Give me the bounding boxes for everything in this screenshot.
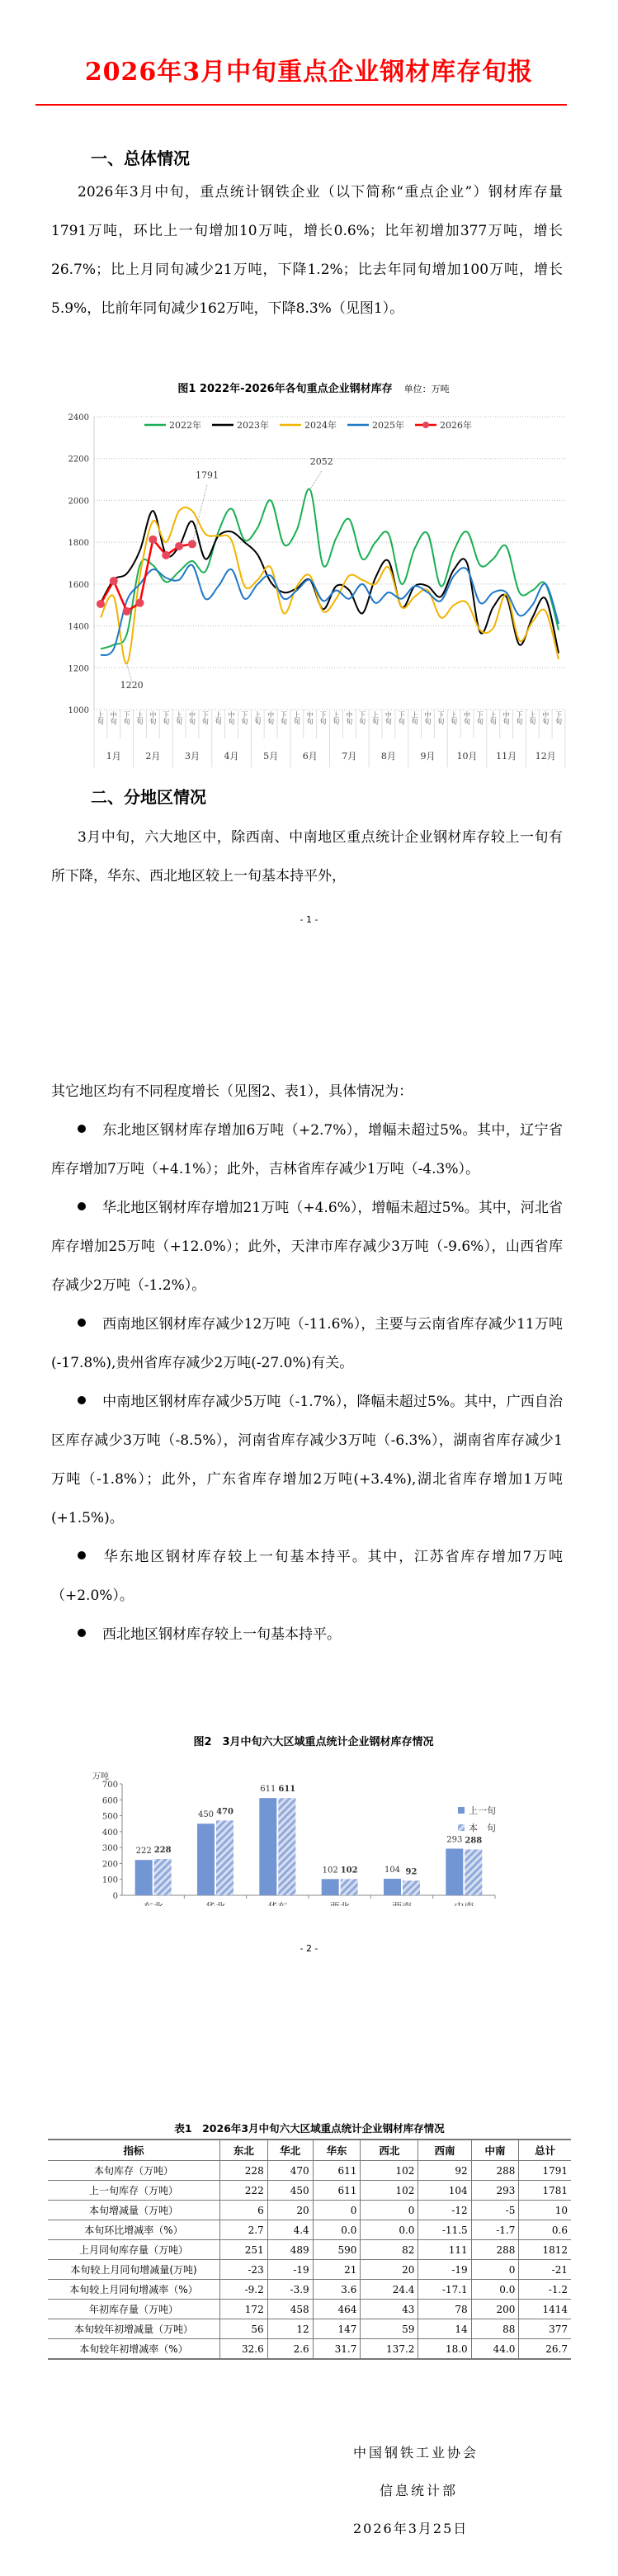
- table-cell: -1.7: [471, 2220, 519, 2240]
- svg-text:10月: 10月: [457, 751, 478, 762]
- svg-text:1791: 1791: [196, 469, 219, 480]
- svg-text:7月: 7月: [342, 751, 356, 762]
- svg-text:450: 450: [198, 1810, 214, 1819]
- svg-text:611: 611: [278, 1785, 295, 1794]
- svg-text:8月: 8月: [381, 751, 396, 762]
- table-header-cell: 指标: [48, 2140, 220, 2161]
- svg-text:上旬: 上旬: [529, 710, 536, 724]
- bullet-icon: [78, 1629, 86, 1637]
- table-cell: -1.2: [519, 2280, 571, 2300]
- svg-text:293: 293: [446, 1835, 462, 1844]
- table-cell: 0: [471, 2260, 519, 2280]
- table-header-cell: 西北: [361, 2140, 418, 2161]
- table-row: 本旬较年初增减量（万吨）5612147591488377: [48, 2319, 571, 2339]
- svg-text:下旬: 下旬: [555, 711, 563, 724]
- table-cell: 288: [471, 2240, 519, 2260]
- svg-text:上旬: 上旬: [451, 710, 458, 724]
- table1-container: 表1 2026年3月中旬六大区域重点统计企业钢材库存情况 指标东北华北华东西北西…: [48, 2121, 571, 2360]
- table-cell: 489: [267, 2240, 313, 2260]
- svg-text:下旬: 下旬: [476, 711, 484, 724]
- svg-text:1000: 1000: [68, 706, 89, 715]
- table-row: 本旬环比增减率（%）2.74.40.00.0-11.5-1.70.6: [48, 2220, 571, 2240]
- svg-text:2026年: 2026年: [440, 419, 472, 431]
- svg-text:华北: 华北: [205, 1900, 225, 1906]
- table-cell: 20: [361, 2260, 418, 2280]
- table-cell: 611: [313, 2161, 361, 2181]
- svg-text:上旬: 上旬: [136, 710, 144, 724]
- svg-text:1400: 1400: [68, 623, 89, 632]
- svg-text:2025年: 2025年: [372, 419, 404, 431]
- svg-text:1200: 1200: [68, 664, 89, 673]
- table-cell: 0.0: [361, 2220, 418, 2240]
- svg-text:中旬: 中旬: [188, 710, 196, 724]
- table-cell: 78: [418, 2300, 471, 2319]
- table-header-cell: 华东: [313, 2140, 361, 2161]
- svg-text:下旬: 下旬: [241, 711, 248, 724]
- table-cell: 293: [471, 2181, 519, 2201]
- svg-text:400: 400: [102, 1828, 118, 1838]
- svg-text:西南: 西南: [392, 1900, 412, 1906]
- svg-text:东北: 东北: [144, 1901, 163, 1906]
- svg-text:下旬: 下旬: [398, 711, 405, 724]
- signature-org: 中国钢铁工业协会: [353, 2442, 479, 2461]
- svg-text:0: 0: [113, 1892, 118, 1901]
- svg-text:下旬: 下旬: [123, 711, 130, 724]
- table-cell: 12: [267, 2319, 313, 2339]
- svg-text:西北: 西北: [330, 1901, 350, 1906]
- svg-text:2022年: 2022年: [169, 419, 201, 431]
- svg-text:中旬: 中旬: [267, 710, 275, 724]
- svg-text:1800: 1800: [68, 539, 89, 548]
- section2-body: 其它地区均有不同程度增长（见图2、表1），具体情况为： 东北地区钢材库存增加6万…: [51, 1073, 563, 1654]
- table-cell: 82: [361, 2240, 418, 2260]
- svg-text:上旬: 上旬: [176, 710, 183, 724]
- svg-text:华东: 华东: [267, 1900, 287, 1906]
- table-cell: 590: [313, 2240, 361, 2260]
- table-cell: 611: [313, 2181, 361, 2201]
- table-cell: 1791: [519, 2161, 571, 2181]
- table-row: 本旬较年初增减率（%）32.62.631.7137.218.044.026.7: [48, 2339, 571, 2360]
- svg-text:中旬: 中旬: [542, 710, 550, 724]
- section1-paragraph: 2026年3月中旬，重点统计钢铁企业（以下简称“重点企业”）钢材库存量1791万…: [51, 173, 563, 328]
- table-cell: -9.2: [220, 2280, 268, 2300]
- bar-chart: 万吨0100200300400500600700东北222228华北450470…: [83, 1733, 545, 1906]
- document-title: 2026年3月中旬重点企业钢材库存旬报: [0, 51, 618, 87]
- line-chart: 10001200140016001800200022002400上旬中旬下旬上旬…: [50, 380, 578, 767]
- table-cell: 450: [267, 2181, 313, 2201]
- table-cell: 59: [361, 2319, 418, 2339]
- svg-text:下旬: 下旬: [280, 711, 287, 724]
- svg-text:上旬: 上旬: [333, 710, 340, 724]
- svg-text:中旬: 中旬: [424, 710, 432, 724]
- svg-text:6月: 6月: [303, 751, 318, 762]
- section1-heading: 一、总体情况: [91, 145, 190, 169]
- table-row: 上一旬库存（万吨）2224506111021042931781: [48, 2181, 571, 2201]
- row-label: 本旬较年初增减量（万吨）: [48, 2319, 220, 2339]
- table-cell: 4.4: [267, 2220, 313, 2240]
- svg-text:4月: 4月: [224, 751, 239, 762]
- svg-text:2400: 2400: [68, 413, 89, 422]
- svg-text:中南: 中南: [454, 1900, 474, 1906]
- table-header-cell: 西南: [418, 2140, 471, 2161]
- table-cell: -11.5: [418, 2220, 471, 2240]
- table-cell: 102: [361, 2181, 418, 2201]
- table-cell: 0.0: [471, 2280, 519, 2300]
- table-cell: 18.0: [418, 2339, 471, 2360]
- table-cell: 43: [361, 2300, 418, 2319]
- table-header-cell: 中南: [471, 2140, 519, 2161]
- figure1: 图1 2022年-2026年各旬重点企业钢材库存单位：万吨 1000120014…: [50, 380, 578, 767]
- svg-text:228: 228: [154, 1846, 172, 1855]
- svg-text:222: 222: [136, 1847, 152, 1856]
- table-cell: 458: [267, 2300, 313, 2319]
- table1-title: 表1 2026年3月中旬六大区域重点统计企业钢材库存情况: [48, 2121, 571, 2135]
- table-cell: 470: [267, 2161, 313, 2181]
- table-cell: 31.7: [313, 2339, 361, 2360]
- table-cell: 32.6: [220, 2339, 268, 2360]
- svg-text:200: 200: [102, 1860, 118, 1869]
- svg-text:611: 611: [260, 1785, 276, 1794]
- svg-text:2月: 2月: [145, 751, 160, 762]
- bullet-central-south: 中南地区钢材库存减少5万吨（-1.7%），降幅未超过5%。其中，广西自治区库存减…: [51, 1383, 563, 1538]
- table-cell: 104: [418, 2181, 471, 2201]
- svg-text:1220: 1220: [120, 680, 144, 691]
- table-cell: 464: [313, 2300, 361, 2319]
- table-row: 本旬库存（万吨）228470611102922881791: [48, 2161, 571, 2181]
- table-cell: -21: [519, 2260, 571, 2280]
- svg-text:5月: 5月: [263, 751, 278, 762]
- table-cell: -23: [220, 2260, 268, 2280]
- table-cell: 251: [220, 2240, 268, 2260]
- section2-heading: 二、分地区情况: [91, 784, 206, 808]
- overview-text: 2026年3月中旬，重点统计钢铁企业（以下简称“重点企业”）钢材库存量1791万…: [51, 173, 563, 328]
- table-row: 年初库存量（万吨）17245846443782001414: [48, 2300, 571, 2319]
- svg-text:500: 500: [102, 1813, 118, 1822]
- svg-text:288: 288: [465, 1836, 482, 1845]
- svg-text:中旬: 中旬: [110, 710, 117, 724]
- svg-text:下旬: 下旬: [516, 711, 523, 724]
- svg-text:1600: 1600: [68, 581, 89, 590]
- table-cell: 92: [418, 2161, 471, 2181]
- row-label: 本旬库存（万吨）: [48, 2161, 220, 2181]
- svg-text:600: 600: [102, 1796, 118, 1805]
- svg-text:2000: 2000: [68, 497, 89, 506]
- table-row: 本旬增减量（万吨）62000-12-510: [48, 2201, 571, 2220]
- svg-text:上旬: 上旬: [254, 710, 262, 724]
- svg-text:2200: 2200: [68, 455, 89, 465]
- svg-text:上旬: 上旬: [97, 710, 104, 724]
- inventory-table: 指标东北华北华东西北西南中南总计 本旬库存（万吨）228470611102922…: [48, 2139, 571, 2360]
- svg-text:9月: 9月: [420, 751, 435, 762]
- svg-text:上旬: 上旬: [372, 710, 380, 724]
- svg-text:3月: 3月: [185, 751, 200, 762]
- table-cell: 377: [519, 2319, 571, 2339]
- svg-text:2052: 2052: [310, 456, 333, 467]
- svg-text:下旬: 下旬: [359, 711, 366, 724]
- section2-intro-part2: 其它地区均有不同程度增长（见图2、表1），具体情况为：: [51, 1073, 563, 1111]
- table-cell: 222: [220, 2181, 268, 2201]
- table-cell: 26.7: [519, 2339, 571, 2360]
- table-header-cell: 总计: [519, 2140, 571, 2161]
- table-cell: 10: [519, 2201, 571, 2220]
- table-cell: 228: [220, 2161, 268, 2181]
- svg-text:中旬: 中旬: [384, 710, 392, 724]
- table-header-cell: 东北: [220, 2140, 268, 2161]
- svg-text:中旬: 中旬: [306, 710, 314, 724]
- svg-text:上旬: 上旬: [411, 710, 418, 724]
- row-label: 本旬较上月同旬增减量(万吨): [48, 2260, 220, 2280]
- svg-text:上旬: 上旬: [489, 710, 497, 724]
- table-cell: -17.1: [418, 2280, 471, 2300]
- signature-block: 中国钢铁工业协会 信息统计部 2026年3月25日: [0, 2442, 618, 2558]
- page-number-1: - 1 -: [0, 914, 618, 925]
- table-cell: 44.0: [471, 2339, 519, 2360]
- svg-text:中旬: 中旬: [346, 710, 353, 724]
- svg-text:12月: 12月: [535, 751, 556, 762]
- svg-text:上旬: 上旬: [293, 710, 300, 724]
- table-row: 本旬较上月同旬增减量(万吨)-23-192120-190-21: [48, 2260, 571, 2280]
- table-cell: 0.6: [519, 2220, 571, 2240]
- table-cell: 6: [220, 2201, 268, 2220]
- svg-text:100: 100: [102, 1876, 118, 1885]
- svg-text:300: 300: [102, 1844, 118, 1853]
- table-header-cell: 华北: [267, 2140, 313, 2161]
- svg-text:下旬: 下旬: [437, 711, 445, 724]
- signature-date: 2026年3月25日: [353, 2518, 468, 2537]
- table-cell: -3.9: [267, 2280, 313, 2300]
- page-break: [0, 990, 618, 991]
- page-number-2: - 2 -: [0, 1943, 618, 1954]
- bullet-icon: [78, 1551, 86, 1559]
- table-row: 本旬较上月同旬增减率（%）-9.2-3.93.624.4-17.10.0-1.2: [48, 2280, 571, 2300]
- svg-text:11月: 11月: [496, 751, 517, 762]
- title-divider: [35, 104, 567, 106]
- table-cell: 2.7: [220, 2220, 268, 2240]
- table-cell: 2.6: [267, 2339, 313, 2360]
- table-row: 上月同旬库存量（万吨）251489590821112881812: [48, 2240, 571, 2260]
- table-cell: -19: [418, 2260, 471, 2280]
- table-cell: 21: [313, 2260, 361, 2280]
- svg-text:700: 700: [102, 1781, 118, 1790]
- table-cell: 200: [471, 2300, 519, 2319]
- row-label: 本旬较上月同旬增减率（%）: [48, 2280, 220, 2300]
- svg-text:中旬: 中旬: [228, 710, 235, 724]
- bullet-northwest: 西北地区钢材库存较上一旬基本持平。: [51, 1616, 563, 1654]
- row-label: 年初库存量（万吨）: [48, 2300, 220, 2319]
- table-cell: 1781: [519, 2181, 571, 2201]
- row-label: 本旬增减量（万吨）: [48, 2201, 220, 2220]
- bullet-north: 华北地区钢材库存增加21万吨（+4.6%），增幅未超过5%。其中，河北省库存增加…: [51, 1189, 563, 1305]
- svg-text:上旬: 上旬: [215, 710, 222, 724]
- bullet-southwest: 西南地区钢材库存减少12万吨（-11.6%），主要与云南省库存减少11万吨(-1…: [51, 1305, 563, 1383]
- table-cell: -5: [471, 2201, 519, 2220]
- figure2: 图2 3月中旬六大区域重点统计企业钢材库存情况 万吨01002003004005…: [83, 1733, 545, 1906]
- table-cell: 56: [220, 2319, 268, 2339]
- table-cell: 24.4: [361, 2280, 418, 2300]
- row-label: 上一旬库存（万吨）: [48, 2181, 220, 2201]
- bullet-icon: [78, 1125, 86, 1133]
- svg-text:中旬: 中旬: [502, 710, 510, 724]
- table-header-row: 指标东北华北华东西北西南中南总计: [48, 2140, 571, 2161]
- table-cell: 102: [361, 2161, 418, 2181]
- row-label: 上月同旬库存量（万吨）: [48, 2240, 220, 2260]
- signature-dept: 信息统计部: [380, 2480, 458, 2499]
- table-cell: 137.2: [361, 2339, 418, 2360]
- table-cell: 14: [418, 2319, 471, 2339]
- bullet-east: 华东地区钢材库存较上一旬基本持平。其中，江苏省库存增加7万吨（+2.0%）。: [51, 1538, 563, 1616]
- svg-text:1月: 1月: [106, 751, 121, 762]
- bullet-icon: [78, 1319, 86, 1327]
- svg-text:470: 470: [216, 1807, 234, 1816]
- svg-text:上一旬: 上一旬: [469, 1805, 496, 1816]
- table-cell: 88: [471, 2319, 519, 2339]
- row-label: 本旬环比增减率（%）: [48, 2220, 220, 2240]
- svg-text:下旬: 下旬: [319, 711, 327, 724]
- svg-text:2023年: 2023年: [237, 419, 269, 431]
- svg-text:2024年: 2024年: [304, 419, 337, 431]
- svg-text:中旬: 中旬: [464, 710, 471, 724]
- table-cell: 288: [471, 2161, 519, 2181]
- table-cell: 20: [267, 2201, 313, 2220]
- bullet-icon: [78, 1202, 86, 1210]
- svg-text:中旬: 中旬: [149, 710, 157, 724]
- svg-text:92: 92: [406, 1867, 418, 1876]
- svg-text:下旬: 下旬: [201, 711, 209, 724]
- svg-text:本 旬: 本 旬: [469, 1822, 496, 1833]
- row-label: 本旬较年初增减率（%）: [48, 2339, 220, 2360]
- svg-text:下旬: 下旬: [163, 711, 170, 724]
- section2-intro-part1: 3月中旬，六大地区中，除西南、中南地区重点统计企业钢材库存较上一旬有所下降，华东…: [51, 819, 563, 896]
- table-cell: 111: [418, 2240, 471, 2260]
- table-cell: 147: [313, 2319, 361, 2339]
- table-cell: -19: [267, 2260, 313, 2280]
- bullet-icon: [78, 1396, 86, 1404]
- svg-text:102: 102: [323, 1866, 338, 1875]
- table-cell: 0.0: [313, 2220, 361, 2240]
- table-cell: -12: [418, 2201, 471, 2220]
- table-cell: 172: [220, 2300, 268, 2319]
- table-cell: 1812: [519, 2240, 571, 2260]
- table-cell: 3.6: [313, 2280, 361, 2300]
- svg-text:102: 102: [341, 1866, 358, 1875]
- table-cell: 0: [313, 2201, 361, 2220]
- svg-text:104: 104: [384, 1866, 400, 1875]
- table-cell: 1414: [519, 2300, 571, 2319]
- table-cell: 0: [361, 2201, 418, 2220]
- bullet-northeast: 东北地区钢材库存增加6万吨（+2.7%），增幅未超过5%。其中，辽宁省库存增加7…: [51, 1111, 563, 1189]
